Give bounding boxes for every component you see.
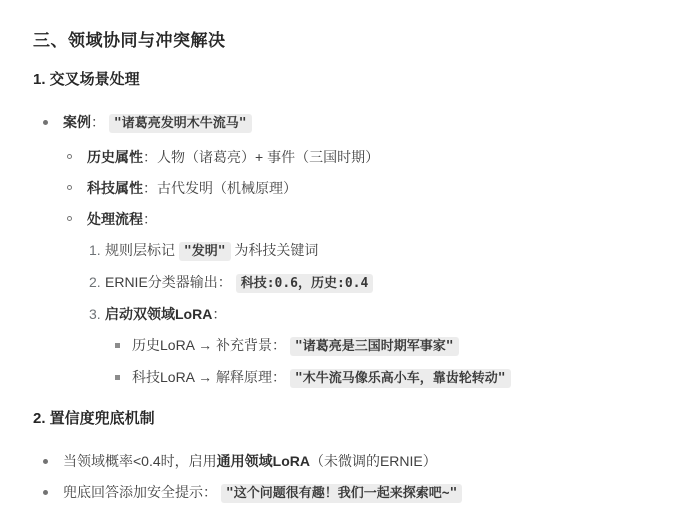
- tech-attr-list-item: 科技属性：古代发明（机械原理）: [33, 178, 668, 198]
- bullet-square-icon: [115, 375, 120, 380]
- history-lora-list-item: 历史LoRA → 补充背景： "诸葛亮是三国时期军事家": [33, 335, 668, 356]
- label-separator: ：: [143, 211, 157, 227]
- label-separator: ：: [91, 114, 109, 130]
- inline-code: "诸葛亮发明木牛流马": [109, 114, 252, 133]
- bullet-dot-icon: [43, 120, 48, 125]
- step-1-list-item: 1.规则层标记 "发明" 为科技关键词: [33, 240, 668, 261]
- item-text: ERNIE分类器输出：: [105, 274, 236, 290]
- step-2-list-item: 2.ERNIE分类器输出： 科技:0.6，历史:0.4: [33, 272, 668, 293]
- inline-code: "诸葛亮是三国时期军事家": [290, 337, 459, 356]
- document-body: 三、领域协同与冲突解决 1. 交叉场景处理 案例： "诸葛亮发明木牛流马" 历史…: [0, 0, 692, 503]
- fallback-threshold-list-item: 当领域概率<0.4时，启用通用领域LoRA（未微调的ERNIE）: [33, 451, 668, 471]
- item-bold-text: 通用领域LoRA: [217, 453, 310, 469]
- bullet-dot-icon: [43, 459, 48, 464]
- bullet-square-icon: [115, 343, 120, 348]
- item-label: 案例: [63, 114, 91, 130]
- tech-lora-list-item: 科技LoRA → 解释原理： "木牛流马像乐高小车，靠齿轮转动": [33, 367, 668, 388]
- item-text: 兜底回答添加安全提示：: [63, 484, 221, 500]
- step-number: 3.: [89, 304, 101, 324]
- inline-code: "木牛流马像乐高小车，靠齿轮转动": [290, 369, 511, 388]
- section2-heading: 2. 置信度兜底机制: [33, 409, 668, 429]
- item-label: 处理流程: [87, 211, 143, 227]
- section1-heading: 1. 交叉场景处理: [33, 70, 668, 90]
- item-text: 历史LoRA → 补充背景：: [132, 337, 290, 353]
- item-bold-text: 启动双领域LoRA: [105, 306, 212, 322]
- step-3-list-item: 3.启动双领域LoRA：: [33, 304, 668, 324]
- item-label: 科技属性: [87, 180, 143, 196]
- item-text: 科技LoRA → 解释原理：: [132, 369, 290, 385]
- item-text: （未微调的ERNIE）: [310, 453, 437, 469]
- item-text: 人物（诸葛亮）+ 事件（三国时期）: [157, 149, 379, 165]
- item-text: 古代发明（机械原理）: [157, 180, 297, 196]
- bullet-circle-icon: [67, 185, 72, 190]
- history-attr-list-item: 历史属性：人物（诸葛亮）+ 事件（三国时期）: [33, 147, 668, 167]
- bullet-circle-icon: [67, 216, 72, 221]
- label-separator: ：: [143, 180, 157, 196]
- inline-code: "发明": [179, 242, 231, 261]
- process-flow-list-item: 处理流程：: [33, 209, 668, 229]
- item-text: ：: [212, 306, 226, 322]
- bullet-dot-icon: [43, 490, 48, 495]
- bullet-circle-icon: [67, 154, 72, 159]
- item-text: 当领域概率<0.4时，启用: [63, 453, 217, 469]
- step-number: 2.: [89, 272, 101, 292]
- fallback-safety-list-item: 兜底回答添加安全提示： "这个问题很有趣！我们一起来探索吧~": [33, 482, 668, 503]
- item-text: 为科技关键词: [231, 242, 319, 258]
- item-label: 历史属性: [87, 149, 143, 165]
- item-text: 规则层标记: [105, 242, 179, 258]
- inline-code: 科技:0.6，历史:0.4: [236, 274, 374, 293]
- step-number: 1.: [89, 240, 101, 260]
- doc-heading: 三、领域协同与冲突解决: [33, 30, 668, 52]
- inline-code: "这个问题很有趣！我们一起来探索吧~": [221, 484, 462, 503]
- case-list-item: 案例： "诸葛亮发明木牛流马": [33, 112, 668, 133]
- label-separator: ：: [143, 149, 157, 165]
